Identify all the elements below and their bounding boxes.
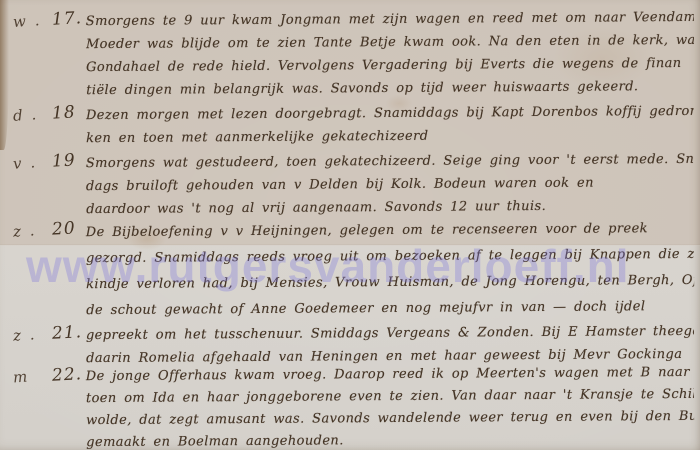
entry-day-letter: d . bbox=[12, 105, 38, 125]
entry-text: Smorgens wat gestudeerd, toen gekatechiz… bbox=[86, 148, 694, 221]
entry-text: De Bijbeloefening v v Heijningen, gelege… bbox=[86, 216, 695, 324]
entry-day-letter: v . bbox=[12, 153, 37, 173]
entry-line: gemaakt en Boelman aangehouden. bbox=[86, 428, 694, 450]
entry-day-letter: m bbox=[12, 367, 29, 386]
entry-date: 20 bbox=[51, 218, 76, 239]
entry-date: 18 bbox=[51, 102, 76, 123]
entry-line: tiële dingen min belangrijk was. Savonds… bbox=[86, 75, 694, 102]
entry-line: Dezen morgen met lezen doorgebragt. Snam… bbox=[86, 100, 694, 127]
entry-line: Smorgens wat gestudeerd, toen gekatechiz… bbox=[86, 148, 694, 175]
entry-line: ken en toen met aanmerkelijke gekatechiz… bbox=[86, 123, 694, 150]
page-binding-edge bbox=[0, 0, 9, 150]
entry-text: Dezen morgen met lezen doorgebragt. Snam… bbox=[86, 100, 694, 150]
entry-line: wolde, dat zegt amusant was. Savonds wan… bbox=[86, 406, 694, 432]
entry-text: De jonge Offerhaus kwam vroeg. Daarop re… bbox=[86, 362, 695, 450]
entry-day-letter: z . bbox=[12, 325, 37, 345]
entry-text: Smorgens te 9 uur kwam Jongman met zijn … bbox=[86, 6, 695, 102]
diary-page-scan: w . 17. Smorgens te 9 uur kwam Jongman m… bbox=[0, 0, 700, 450]
entry-date: 17. bbox=[51, 8, 82, 30]
entry-date: 21. bbox=[51, 322, 82, 344]
entry-date: 19 bbox=[51, 150, 76, 171]
entry-date: 22. bbox=[51, 364, 82, 386]
entry-day-letter: z . bbox=[12, 221, 37, 241]
entry-day-letter: w . bbox=[12, 11, 42, 31]
